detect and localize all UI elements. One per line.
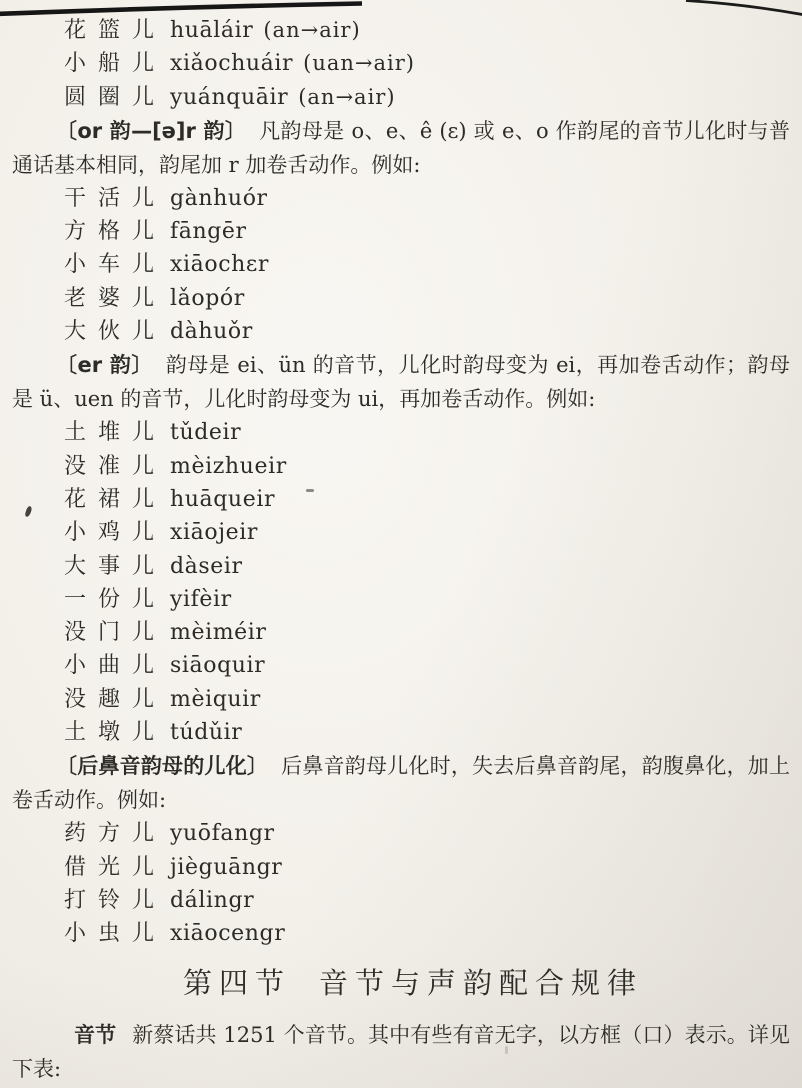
erhua-example-list-an-air: 花篮儿huāláir(an→air)小船儿xiǎochuáir(uan→air)… xyxy=(12,14,790,114)
chinese-word: 土堆儿 xyxy=(64,416,170,449)
chinese-word: 打铃儿 xyxy=(64,884,170,917)
rime-change-note: (an→air) xyxy=(298,85,395,109)
erhua-example-list-er-rhyme: 土堆儿tǔdeir没准儿mèizhueir花裙儿huāqueir小鸡儿xiāoj… xyxy=(12,416,790,749)
chinese-word: 老婆儿 xyxy=(64,282,170,315)
section-title: 音节与声韵配合规律 xyxy=(319,966,643,1000)
rule-tag: 〔er 韵〕 xyxy=(56,353,153,377)
pinyin-transcription: gànhuór xyxy=(170,186,268,211)
example-row: 花篮儿huāláir(an→air) xyxy=(12,14,790,47)
chinese-word: 药方儿 xyxy=(64,817,170,850)
pinyin-transcription: túdǔir xyxy=(170,720,242,745)
rule-paragraph-or-rhyme: 〔or 韵—[ə]r 韵〕凡韵母是 o、e、ê (ε) 或 e、o 作韵尾的音节… xyxy=(12,114,790,182)
example-row: 小鸡儿xiāojeir xyxy=(12,516,790,549)
pinyin-transcription: yifèir xyxy=(170,587,232,612)
chinese-word: 小车儿 xyxy=(64,248,170,281)
rime-change-note: (uan→air) xyxy=(303,51,415,75)
pinyin-transcription: fāngēr xyxy=(170,219,247,244)
chinese-word: 方格儿 xyxy=(64,215,170,248)
chinese-word: 没趣儿 xyxy=(64,683,170,716)
chinese-word: 圆圈儿 xyxy=(64,81,170,114)
example-row: 老婆儿lǎopór xyxy=(12,282,790,315)
rule-tag: 〔or 韵—[ə]r 韵〕 xyxy=(56,119,246,143)
pinyin-transcription: mèiquir xyxy=(170,687,261,712)
example-row: 药方儿yuōfangr xyxy=(12,817,790,850)
chinese-word: 花裙儿 xyxy=(64,483,170,516)
rule-paragraph-er-rhyme: 〔er 韵〕韵母是 ei、ün 的音节，儿化时韵母变为 ei，再加卷舌动作；韵母… xyxy=(12,348,790,416)
syllable-count-paragraph: 音节新蔡话共 1251 个音节。其中有些有音无字，以方框（口）表示。详见下表: xyxy=(12,1018,790,1086)
pinyin-transcription: mèizhueir xyxy=(170,454,287,479)
chinese-word: 借光儿 xyxy=(64,851,170,884)
pinyin-transcription: huāqueir xyxy=(170,487,275,512)
pinyin-transcription: dàseir xyxy=(170,554,243,579)
example-row: 土堆儿tǔdeir xyxy=(12,416,790,449)
example-row: 土墩儿túdǔir xyxy=(12,716,790,749)
example-row: 没趣儿mèiquir xyxy=(12,683,790,716)
erhua-example-list-or-rhyme: 干活儿gànhuór方格儿fāngēr小车儿xiāochɛr老婆儿lǎopór大… xyxy=(12,182,790,348)
example-row: 借光儿jièguāngr xyxy=(12,851,790,884)
example-row: 小车儿xiāochɛr xyxy=(12,248,790,281)
chinese-word: 大事儿 xyxy=(64,550,170,583)
chinese-word: 小虫儿 xyxy=(64,917,170,950)
example-row: 干活儿gànhuór xyxy=(12,182,790,215)
pinyin-transcription: lǎopór xyxy=(170,286,245,311)
chinese-word: 大伙儿 xyxy=(64,315,170,348)
example-row: 小虫儿xiāocengr xyxy=(12,917,790,950)
pinyin-transcription: dálingr xyxy=(170,888,254,913)
chinese-word: 花篮儿 xyxy=(64,14,170,47)
example-row: 没门儿mèiméir xyxy=(12,616,790,649)
pinyin-transcription: xiāojeir xyxy=(170,520,258,545)
chinese-word: 一份儿 xyxy=(64,583,170,616)
rule-paragraph-nasal-rhyme: 〔后鼻音韵母的儿化〕后鼻音韵母儿化时，失去后鼻音韵尾，韵腹鼻化，加上卷舌动作。例… xyxy=(12,749,790,817)
pinyin-transcription: tǔdeir xyxy=(170,420,241,445)
chinese-word: 小鸡儿 xyxy=(64,516,170,549)
example-row: 大伙儿dàhuǒr xyxy=(12,315,790,348)
rule-tag: 〔后鼻音韵母的儿化〕 xyxy=(56,754,268,778)
example-row: 圆圈儿yuánquāir(an→air) xyxy=(12,81,790,114)
pinyin-transcription: mèiméir xyxy=(170,620,267,645)
erhua-example-list-nasal-rhyme: 药方儿yuōfangr借光儿jièguāngr打铃儿dálingr小虫儿xiāo… xyxy=(12,817,790,950)
pinyin-transcription: jièguāngr xyxy=(170,855,282,880)
paragraph-lead-term: 音节 xyxy=(74,1023,116,1047)
example-row: 方格儿fāngēr xyxy=(12,215,790,248)
page-content: 花篮儿huāláir(an→air)小船儿xiǎochuáir(uan→air)… xyxy=(0,0,802,1086)
example-row: 小船儿xiǎochuáir(uan→air) xyxy=(12,47,790,80)
example-row: 打铃儿dálingr xyxy=(12,884,790,917)
chinese-word: 没门儿 xyxy=(64,616,170,649)
example-row: 小曲儿siāoquir xyxy=(12,649,790,682)
example-row: 一份儿yifèir xyxy=(12,583,790,616)
example-row: 大事儿dàseir xyxy=(12,550,790,583)
pinyin-transcription: xiāochɛr xyxy=(170,252,269,277)
chinese-word: 小曲儿 xyxy=(64,649,170,682)
example-row: 花裙儿huāqueir xyxy=(12,483,790,516)
section-number: 第四节 xyxy=(183,966,291,1000)
pinyin-transcription: huāláir xyxy=(170,18,253,43)
section-heading: 第四节音节与声韵配合规律 xyxy=(24,961,802,1002)
pinyin-transcription: dàhuǒr xyxy=(170,319,253,344)
pinyin-transcription: siāoquir xyxy=(170,653,265,678)
rime-change-note: (an→air) xyxy=(263,18,360,42)
chinese-word: 小船儿 xyxy=(64,47,170,80)
pinyin-transcription: xiāocengr xyxy=(170,921,285,946)
chinese-word: 土墩儿 xyxy=(64,716,170,749)
pinyin-transcription: yuōfangr xyxy=(170,821,275,846)
pinyin-transcription: xiǎochuáir xyxy=(170,51,293,76)
chinese-word: 干活儿 xyxy=(64,182,170,215)
example-row: 没准儿mèizhueir xyxy=(12,450,790,483)
paragraph-body: 新蔡话共 1251 个音节。其中有些有音无字，以方框（口）表示。详见下表: xyxy=(12,1023,790,1081)
chinese-word: 没准儿 xyxy=(64,450,170,483)
scanned-book-page: 花篮儿huāláir(an→air)小船儿xiǎochuáir(uan→air)… xyxy=(0,0,802,1088)
pinyin-transcription: yuánquāir xyxy=(170,85,288,110)
